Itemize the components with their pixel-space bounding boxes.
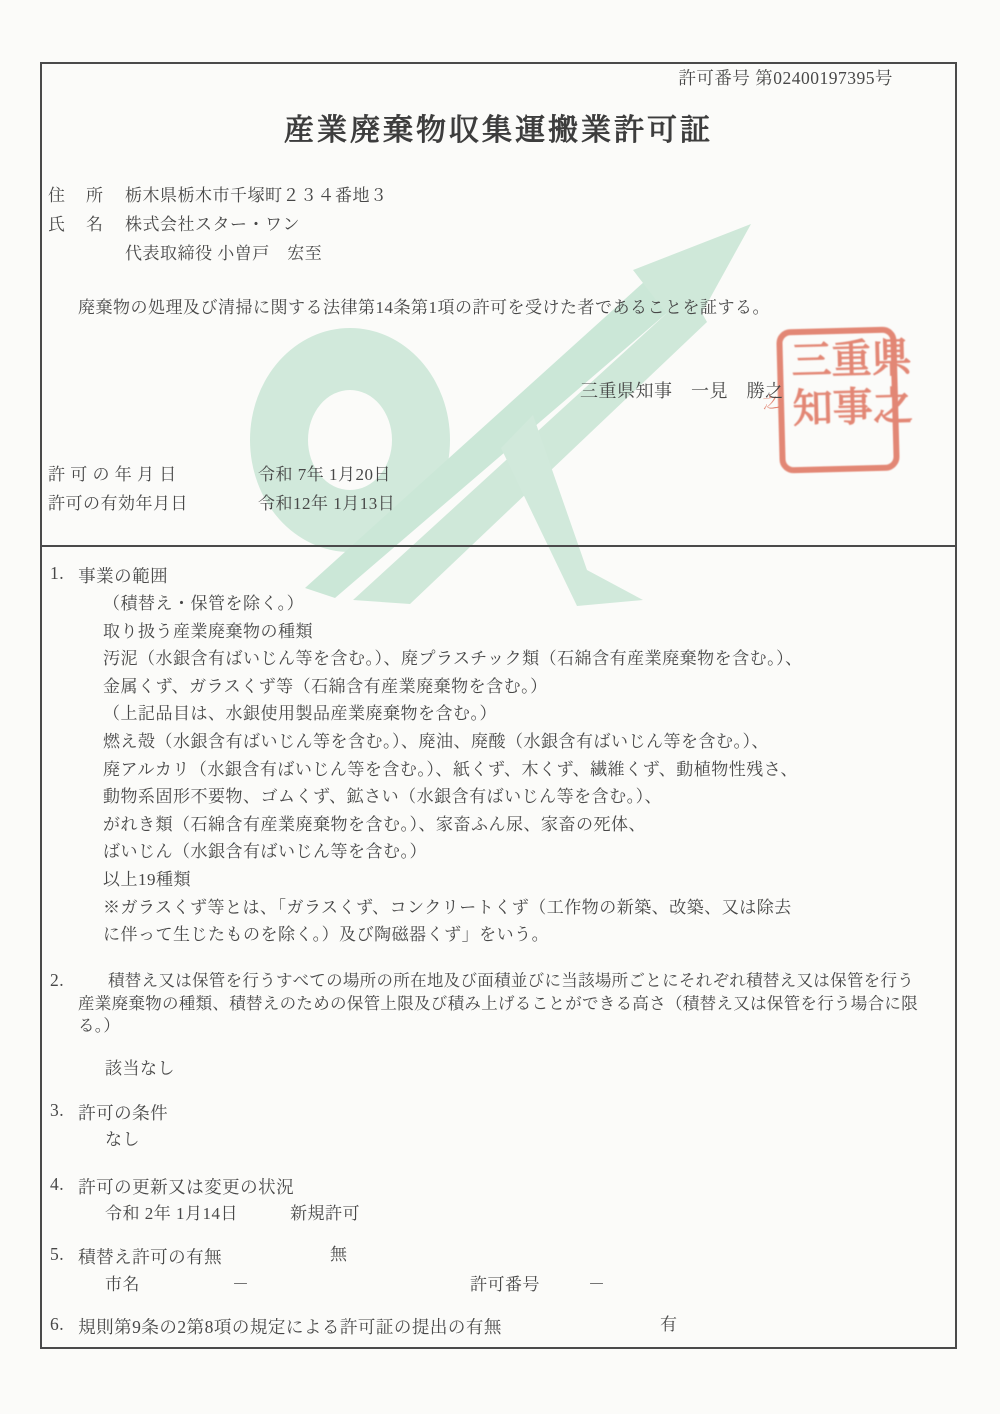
- section-1-title: 事業の範囲: [78, 563, 168, 588]
- city-name-label: 市名: [105, 1274, 140, 1295]
- section-5-heading: 5. 積替え許可の有無: [50, 1244, 222, 1269]
- section-1-heading: 1. 事業の範囲: [50, 563, 168, 588]
- section-6-heading: 6. 規則第9条の2第8項の規定による許可証の提出の有無: [50, 1314, 502, 1339]
- permit-date-value: 令和 7年 1月20日: [258, 464, 391, 485]
- section-5-value: 無: [330, 1244, 348, 1265]
- section-6-title: 規則第9条の2第8項の規定による許可証の提出の有無: [78, 1314, 502, 1339]
- section-1-number: 1.: [50, 563, 64, 588]
- seal-column: 重事: [827, 337, 870, 462]
- valid-date-value: 令和12年 1月13日: [258, 493, 395, 514]
- waste-type-line: がれき類（石綿含有産業廃棄物を含む。）、家畜ふん尿、家畜の死体、: [103, 811, 803, 839]
- section-4-value: 新規許可: [290, 1203, 360, 1224]
- waste-type-line: ※ガラスくず等とは、「ガラスくず、コンクリートくず（工作物の新築、改築、又は除去: [103, 894, 803, 922]
- section-2-body: 積替え又は保管を行うすべての場所の所在地及び面積並びに当該場所ごとにそれぞれ積替…: [78, 970, 926, 1038]
- issuer-governor-name: 三重県知事 一見 勝之: [580, 380, 784, 403]
- permit-date-label: 許 可 の 年 月 日: [48, 464, 177, 485]
- section-4-heading: 4. 許可の更新又は変更の状況: [50, 1174, 294, 1199]
- name-value: 株式会社スター・ワン: [125, 214, 300, 235]
- section-2-number: 2.: [50, 970, 64, 991]
- waste-type-line: 金属くず、ガラスくず等（石綿含有産業廃棄物を含む。）: [103, 673, 803, 701]
- waste-type-line: （積替え・保管を除く。）: [103, 590, 803, 618]
- certification-statement: 廃棄物の処理及び清掃に関する法律第14条第1項の許可を受けた者であることを証する…: [78, 297, 770, 318]
- section-4-title: 許可の更新又は変更の状況: [78, 1174, 294, 1199]
- section-3-heading: 3. 許可の条件: [50, 1100, 168, 1125]
- representative-value: 代表取締役 小曽戸 宏至: [125, 243, 322, 264]
- waste-type-line: ばいじん（水銀含有ばいじん等を含む。）: [103, 838, 803, 866]
- waste-type-line: 廃アルカリ（水銀含有ばいじん等を含む。）、紙くず、木くず、繊維くず、動植物性残さ…: [103, 756, 803, 784]
- waste-type-line: 以上19種類: [103, 866, 803, 894]
- name-label: 氏 名: [48, 214, 105, 235]
- governor-seal-stamp: 三知 重事 県之: [776, 326, 900, 473]
- transshipment-permit-number-value: －: [588, 1274, 606, 1295]
- section-3-value: なし: [105, 1129, 140, 1150]
- section-5-number: 5.: [50, 1244, 64, 1269]
- waste-type-line: 燃え殻（水銀含有ばいじん等を含む。）、廃油、廃酸（水銀含有ばいじん等を含む。）、: [103, 728, 803, 756]
- section-3-title: 許可の条件: [78, 1100, 168, 1125]
- section-divider-line: [40, 545, 957, 547]
- waste-type-line: 動物系固形不要物、ゴムくず、鉱さい（水銀含有ばいじん等を含む。）、: [103, 783, 803, 811]
- permit-number: 許可番号 第02400197395号: [40, 68, 893, 90]
- address-value: 栃木県栃木市千塚町２３４番地３: [125, 185, 388, 206]
- document-title: 産業廃棄物収集運搬業許可証: [40, 112, 957, 150]
- address-label: 住 所: [48, 185, 105, 206]
- waste-type-line: （上記品目は、水銀使用製品産業廃棄物を含む。）: [103, 700, 803, 728]
- valid-date-label: 許可の有効年月日: [48, 493, 188, 514]
- waste-type-line: 取り扱う産業廃棄物の種類: [103, 618, 803, 646]
- transshipment-permit-number-label: 許可番号: [470, 1274, 540, 1295]
- section-4-date: 令和 2年 1月14日: [105, 1203, 238, 1224]
- section-1-body: （積替え・保管を除く。） 取り扱う産業廃棄物の種類 汚泥（水銀含有ばいじん等を含…: [103, 590, 803, 949]
- section-6-value: 有: [660, 1314, 678, 1335]
- section-4-number: 4.: [50, 1174, 64, 1199]
- section-5-title: 積替え許可の有無: [78, 1244, 222, 1269]
- waste-type-line: 汚泥（水銀含有ばいじん等を含む。）、廃プラスチック類（石綿含有産業廃棄物を含む。…: [103, 645, 803, 673]
- document-page: 許可番号 第02400197395号 産業廃棄物収集運搬業許可証 住 所 栃木県…: [0, 0, 1000, 1414]
- section-3-number: 3.: [50, 1100, 64, 1125]
- waste-type-line: に伴って生じたものを除く。）及び陶磁器くず」をいう。: [103, 921, 803, 949]
- city-name-value: －: [232, 1274, 250, 1295]
- seal-column: 県之: [867, 336, 910, 461]
- section-2-value: 該当なし: [105, 1058, 175, 1079]
- section-6-number: 6.: [50, 1314, 64, 1339]
- seal-column: 三知: [787, 338, 830, 463]
